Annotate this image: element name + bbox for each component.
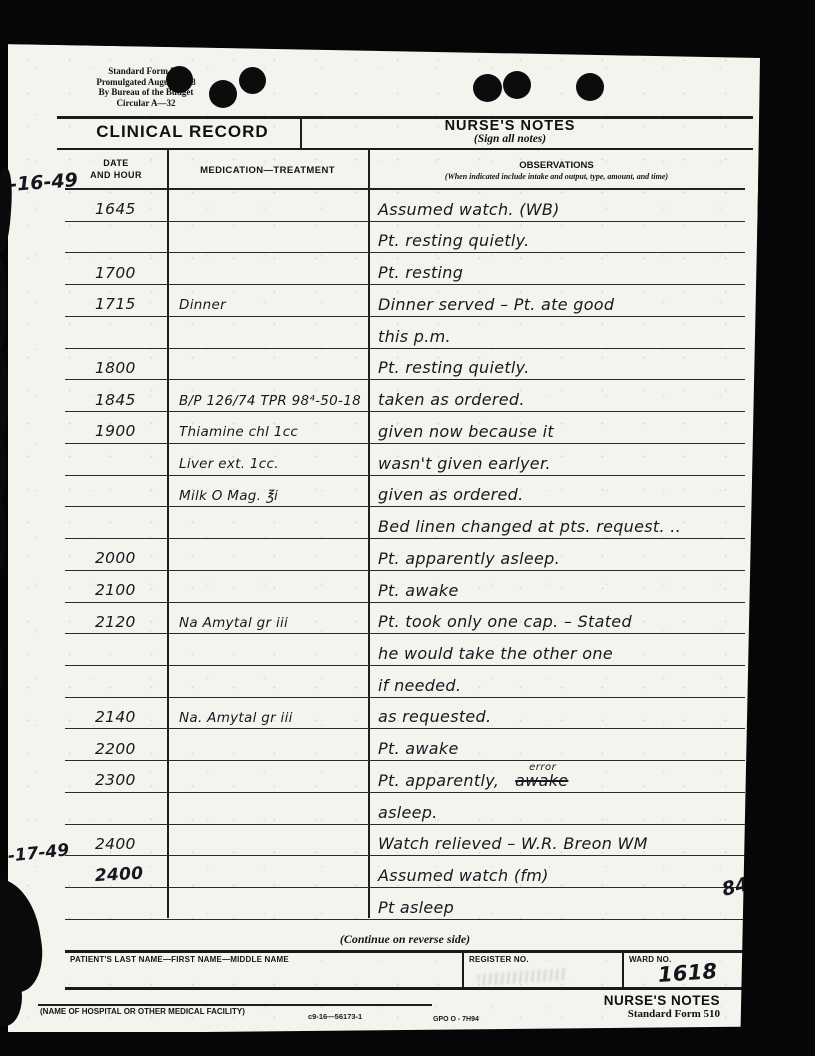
hour-cell [65, 503, 167, 506]
medication-cell: Na Amytal gr iii [167, 617, 368, 634]
handwritten-ward-number: 1618 [657, 959, 718, 987]
medication-cell [167, 662, 368, 665]
column-header-date: DATE AND HOUR [65, 152, 167, 188]
observation-cell: Assumed watch (fm) [368, 868, 745, 887]
table-row: this p.m. [65, 317, 745, 349]
observation-cell: Pt. resting quietly. [368, 233, 745, 252]
hour-cell: 1845 [65, 393, 167, 412]
footer-nurses-notes: NURSE'S NOTES [488, 993, 720, 1008]
observation-cell: he would take the other one [368, 646, 745, 665]
table-row: 2140Na. Amytal gr iiias requested. [65, 698, 745, 730]
scan-blob [0, 640, 3, 692]
hour-cell [65, 916, 167, 919]
medication-cell [167, 218, 368, 221]
punch-hole [503, 71, 531, 99]
medication-cell [167, 789, 368, 792]
table-row: 2100Pt. awake [65, 571, 745, 603]
observation-cell: Pt. awake [368, 583, 745, 602]
form-id-line: Circular A—32 [56, 98, 236, 109]
form-id-line: Promulgated August 1948 [56, 77, 236, 88]
hour-cell: 2300 [65, 773, 167, 792]
medication-cell [167, 757, 368, 760]
table-row: Liver ext. 1cc.wasn't given earlyer. [65, 444, 745, 476]
medication-cell [167, 884, 368, 887]
observation-cell: as requested. [368, 709, 745, 728]
punch-hole [576, 73, 604, 101]
medication-cell: Liver ext. 1cc. [167, 458, 368, 475]
notes-table: 1645Assumed watch. (WB)Pt. resting quiet… [65, 188, 745, 920]
header-rule-bottom [57, 148, 753, 150]
table-row: he would take the other one [65, 634, 745, 666]
medication-cell [167, 249, 368, 252]
paper-page: Standard Form 510 Promulgated August 194… [8, 44, 760, 1032]
table-row: Bed linen changed at pts. request. .. [65, 507, 745, 539]
observation-cell: Pt asleep [368, 900, 745, 919]
ward-no-field: WARD NO. 1618 [622, 953, 745, 987]
column-header-medication: MEDICATION—TREATMENT [167, 152, 368, 188]
observations-note: (When indicated include intake and outpu… [368, 172, 745, 181]
observation-cell: if needed. [368, 678, 745, 697]
observation-cell: Pt. apparently,errorawake [368, 773, 745, 792]
table-row: if needed. [65, 666, 745, 698]
observation-cell: Watch relieved – W.R. Breon WM [368, 836, 745, 855]
observation-cell: Dinner served – Pt. ate good [368, 297, 745, 316]
hour-cell [65, 694, 167, 697]
observation-cell: Bed linen changed at pts. request. .. [368, 519, 745, 538]
table-row: 2300Pt. apparently,errorawake [65, 761, 745, 793]
punch-hole [239, 67, 266, 94]
scan-blob [0, 258, 7, 350]
struck-out-word: errorawake [515, 773, 568, 789]
medication-cell [167, 694, 368, 697]
table-row: Pt asleep [65, 888, 745, 920]
sign-all-notes-label: (Sign all notes) [300, 133, 720, 145]
observation-cell: this p.m. [368, 329, 745, 348]
medication-cell: Dinner [167, 299, 368, 316]
table-row: 2400Assumed watch (fm) [65, 856, 745, 888]
facility-label: (NAME OF HOSPITAL OR OTHER MEDICAL FACIL… [40, 1007, 245, 1016]
hour-cell [65, 345, 167, 348]
observation-cell: given as ordered. [368, 487, 745, 506]
gpo-code: GPO O - 7H94 [433, 1016, 479, 1023]
patient-name-field: PATIENT'S LAST NAME—FIRST NAME—MIDDLE NA… [65, 953, 462, 987]
observation-cell: Pt. awake [368, 741, 745, 760]
medication-cell [167, 821, 368, 824]
footer-form-name: NURSE'S NOTES Standard Form 510 [488, 993, 720, 1020]
hour-cell: 1715 [65, 297, 167, 316]
scan-blob [0, 436, 7, 498]
nurses-notes-label: NURSE'S NOTES [300, 118, 720, 134]
medication-cell [167, 599, 368, 602]
table-row: 1700Pt. resting [65, 253, 745, 285]
table-row: Milk O Mag. ℥igiven as ordered. [65, 476, 745, 508]
hour-cell [65, 472, 167, 475]
date-label: DATE [65, 158, 167, 170]
table-row: 2000Pt. apparently asleep. [65, 539, 745, 571]
table-row: 2400Watch relieved – W.R. Breon WM [65, 825, 745, 857]
medication-cell [167, 535, 368, 538]
observation-cell: wasn't given earlyer. [368, 456, 745, 475]
table-row: 1715DinnerDinner served – Pt. ate good [65, 285, 745, 317]
scanned-document: Standard Form 510 Promulgated August 194… [0, 0, 815, 1056]
medication-cell: Thiamine chl 1cc [167, 426, 368, 443]
medication-cell [167, 345, 368, 348]
table-row: 2200Pt. awake [65, 729, 745, 761]
observation-cell: Assumed watch. (WB) [368, 202, 745, 221]
column-header-observations: OBSERVATIONS (When indicated include int… [368, 152, 745, 188]
scan-blob [0, 500, 6, 570]
observation-cell: Pt. took only one cap. – Stated [368, 614, 745, 633]
observation-cell: Pt. resting [368, 265, 745, 284]
register-no-label: REGISTER NO. [469, 955, 529, 964]
medication-cell [167, 281, 368, 284]
hour-cell: 1645 [65, 202, 167, 221]
medication-label: MEDICATION—TREATMENT [167, 165, 368, 176]
hour-cell [65, 821, 167, 824]
print-code: c9-16—56173-1 [308, 1012, 362, 1021]
observation-cell: asleep. [368, 805, 745, 824]
hour-cell: 2400 [65, 865, 168, 890]
hour-cell [65, 662, 167, 665]
medication-cell: Na. Amytal gr iii [167, 712, 368, 729]
clinical-record-title: CLINICAL RECORD [65, 122, 300, 142]
hour-cell: 2400 [65, 837, 167, 856]
hour-cell: 2120 [65, 615, 167, 634]
medication-cell: B/P 126/74 TPR 98⁴-50-18 [167, 395, 368, 412]
form-id-line: Standard Form 510 [56, 66, 236, 77]
handwritten-date-bottom: 4-17-49 [0, 840, 70, 868]
medication-cell: Milk O Mag. ℥i [167, 490, 368, 507]
observation-cell: given now because it [368, 424, 745, 443]
hour-cell [65, 535, 167, 538]
hour-cell: 2000 [65, 551, 167, 570]
footer-standard-form: Standard Form 510 [488, 1008, 720, 1020]
observation-cell: Pt. apparently asleep. [368, 551, 745, 570]
pencil-smudge [478, 968, 569, 986]
observation-cell: Pt. resting quietly. [368, 360, 745, 379]
facility-rule [38, 1004, 432, 1006]
table-row: 1900Thiamine chl 1ccgiven now because it [65, 412, 745, 444]
medication-cell [167, 376, 368, 379]
table-row: 2120Na Amytal gr iiiPt. took only one ca… [65, 603, 745, 635]
punch-hole [166, 66, 193, 93]
table-row: Pt. resting quietly. [65, 222, 745, 254]
punch-hole [473, 74, 502, 102]
observations-label: OBSERVATIONS [368, 160, 745, 171]
table-row: 1845B/P 126/74 TPR 98⁴-50-18taken as ord… [65, 380, 745, 412]
register-no-field: REGISTER NO. [462, 953, 622, 987]
nurses-notes-title: NURSE'S NOTES (Sign all notes) [300, 118, 720, 145]
error-note: error [529, 763, 556, 773]
hour-cell: 1700 [65, 266, 167, 285]
medication-cell [167, 567, 368, 570]
form-id-block: Standard Form 510 Promulgated August 194… [56, 66, 236, 108]
medication-cell [167, 852, 368, 855]
and-hour-label: AND HOUR [65, 170, 167, 182]
table-row: 1800Pt. resting quietly. [65, 349, 745, 381]
patient-info-box: PATIENT'S LAST NAME—FIRST NAME—MIDDLE NA… [65, 950, 745, 990]
hour-cell: 1900 [65, 424, 167, 443]
hour-cell: 1800 [65, 361, 167, 380]
continue-note: (Continue on reverse side) [65, 932, 745, 947]
scan-blob [0, 352, 8, 434]
observation-cell: taken as ordered. [368, 392, 745, 411]
table-row: asleep. [65, 793, 745, 825]
medication-cell [167, 916, 368, 919]
hour-cell: 2100 [65, 583, 167, 602]
hour-cell: 2140 [65, 710, 167, 729]
hour-cell: 2200 [65, 742, 167, 761]
table-row: 1645Assumed watch. (WB) [65, 190, 745, 222]
hour-cell [65, 249, 167, 252]
punch-hole [209, 80, 237, 108]
